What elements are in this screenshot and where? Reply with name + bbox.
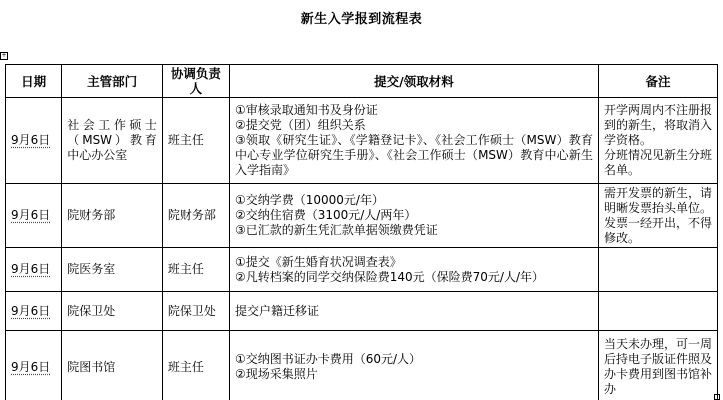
table-header-row: 日期 主管部门 协调负责人 提交/领取材料 备注	[6, 65, 718, 98]
table-resize-handle-icon[interactable]	[714, 394, 720, 400]
cell-materials: ①交纳学费（10000元/年） ②交纳住宿费（3100元/人/两年） ③已汇款的…	[229, 184, 598, 248]
cell-coordinator: 院保卫处	[162, 292, 229, 331]
cell-department: 社会工作硕士（MSW）教育中心办公室	[62, 98, 163, 184]
header-materials: 提交/领取材料	[229, 65, 598, 98]
header-notes: 备注	[598, 65, 717, 98]
cell-materials: ①交纳图书证办卡费用（60元/人） ②现场采集照片	[229, 331, 598, 400]
material-item: ②交纳住宿费（3100元/人/两年）	[235, 208, 593, 223]
cell-coordinator: 班主任	[162, 331, 229, 400]
table-move-handle-icon[interactable]: +	[0, 52, 8, 60]
table-row: 9月6日 院图书馆 班主任 ①交纳图书证办卡费用（60元/人） ②现场采集照片 …	[6, 331, 718, 400]
material-item: ②提交党（团）组织关系	[235, 118, 593, 133]
cell-date: 9月6日	[6, 292, 62, 331]
date-text: 9月6日	[11, 208, 50, 222]
cell-date: 9月6日	[6, 331, 62, 400]
note-item: 当天未办理，可一周后持电子版证件照及办卡费用到图书馆补办	[604, 337, 712, 397]
cell-department: 院财务部	[62, 184, 163, 248]
table-row: 9月6日 院财务部 院财务部 ①交纳学费（10000元/年） ②交纳住宿费（31…	[6, 184, 718, 248]
date-text: 9月6日	[11, 262, 50, 276]
cell-coordinator: 班主任	[162, 98, 229, 184]
cell-department: 院保卫处	[62, 292, 163, 331]
table-row: 9月6日 院保卫处 院保卫处 提交户籍迁移证	[6, 292, 718, 331]
cell-notes: 需开发票的新生，请明晰发票抬头单位。 发票一经开出，不得修改。	[598, 184, 717, 248]
material-item: ①交纳图书证办卡费用（60元/人）	[235, 352, 593, 367]
cell-date: 9月6日	[6, 184, 62, 248]
cell-notes: 当天未办理，可一周后持电子版证件照及办卡费用到图书馆补办	[598, 331, 717, 400]
material-item: ③领取《研究生证》、《学籍登记卡》、《社会工作硕士（MSW）教育中心专业学位研究…	[235, 133, 593, 178]
material-item: 提交户籍迁移证	[235, 304, 593, 319]
cell-coordinator: 班主任	[162, 248, 229, 292]
cell-notes	[598, 292, 717, 331]
cell-notes: 开学两周内不注册报到的新生，将取消入学资格。 分班情况见新生分班名单。	[598, 98, 717, 184]
date-text: 9月6日	[11, 360, 50, 374]
cell-materials: ①审核录取通知书及身份证 ②提交党（团）组织关系 ③领取《研究生证》、《学籍登记…	[229, 98, 598, 184]
header-department: 主管部门	[62, 65, 163, 98]
header-date: 日期	[6, 65, 62, 98]
material-item: ①提交《新生婚育状况调查表》	[235, 255, 593, 270]
material-item: ①交纳学费（10000元/年）	[235, 193, 593, 208]
cell-notes	[598, 248, 717, 292]
cell-department: 院医务室	[62, 248, 163, 292]
material-item: ①审核录取通知书及身份证	[235, 103, 593, 118]
registration-process-table: 日期 主管部门 协调负责人 提交/领取材料 备注 9月6日 社会工作硕士（MSW…	[5, 64, 718, 400]
note-item: 发票一经开出，不得修改。	[604, 216, 712, 246]
material-item: ②凡转档案的同学交纳保险费140元（保险费70元/人/年）	[235, 270, 593, 285]
cell-date: 9月6日	[6, 98, 62, 184]
date-text: 9月6日	[11, 133, 50, 147]
cell-materials: 提交户籍迁移证	[229, 292, 598, 331]
note-item: 分班情况见新生分班名单。	[604, 148, 712, 178]
cell-date: 9月6日	[6, 248, 62, 292]
material-item: ③已汇款的新生凭汇款单据领缴费凭证	[235, 223, 593, 238]
header-coordinator: 协调负责人	[162, 65, 229, 98]
cell-coordinator: 院财务部	[162, 184, 229, 248]
table-row: 9月6日 社会工作硕士（MSW）教育中心办公室 班主任 ①审核录取通知书及身份证…	[6, 98, 718, 184]
material-item: ②现场采集照片	[235, 367, 593, 382]
date-text: 9月6日	[11, 304, 50, 318]
table-row: 9月6日 院医务室 班主任 ①提交《新生婚育状况调查表》 ②凡转档案的同学交纳保…	[6, 248, 718, 292]
cell-department: 院图书馆	[62, 331, 163, 400]
cell-materials: ①提交《新生婚育状况调查表》 ②凡转档案的同学交纳保险费140元（保险费70元/…	[229, 248, 598, 292]
note-item: 需开发票的新生，请明晰发票抬头单位。	[604, 186, 712, 216]
note-item: 开学两周内不注册报到的新生，将取消入学资格。	[604, 103, 712, 148]
document-title: 新生入学报到流程表	[0, 8, 723, 27]
